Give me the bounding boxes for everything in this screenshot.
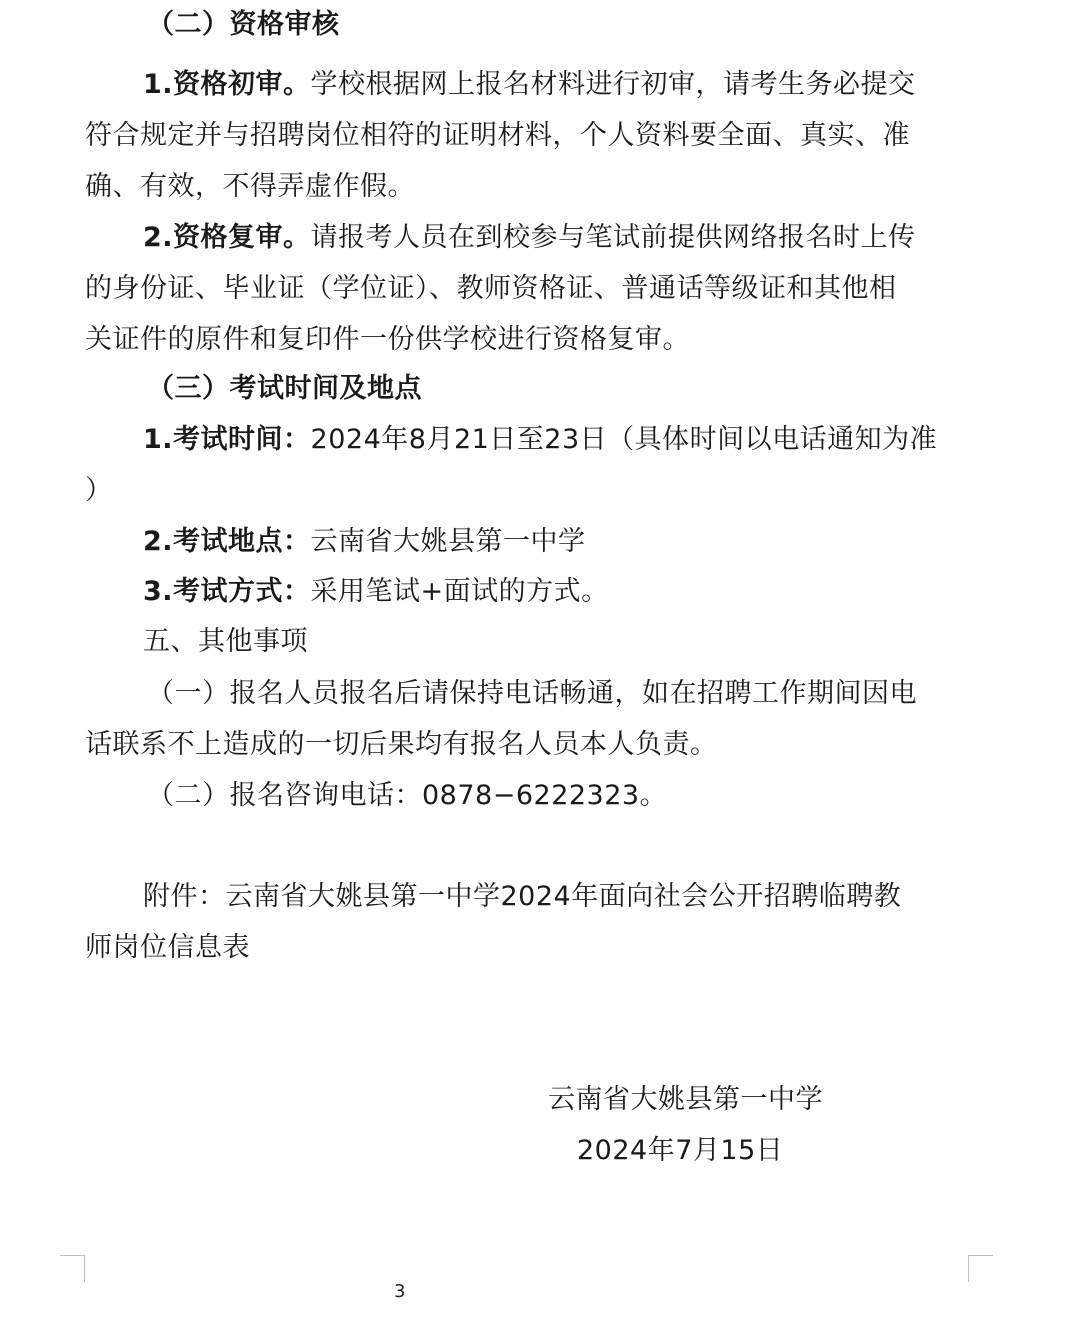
re-review-line-3: 关证件的原件和复印件一份供学校进行资格复审。 <box>85 323 690 357</box>
exam-location-value: 云南省大姚县第一中学 <box>311 526 586 557</box>
qualification-heading: （二）资格审核 <box>147 8 340 42</box>
exam-method-value: 采用笔试+面试的方式。 <box>311 576 609 607</box>
page-corner-mark-right <box>968 1255 993 1282</box>
exam-method-label: 3.考试方式： <box>143 576 311 607</box>
initial-review-line-2: 符合规定并与招聘岗位相符的证明材料，个人资料要全面、真实、准 <box>85 119 910 153</box>
paragraph-text: 请报考人员在到校参与笔试前提供网络报名时上传 <box>311 222 916 253</box>
signature-date: 2024年7月15日 <box>577 1134 783 1168</box>
initial-review-line-1: 1.资格初审。学校根据网上报名材料进行初审，请考生务必提交 <box>143 68 916 102</box>
exam-location-label: 2.考试地点： <box>143 526 311 557</box>
re-review-line-1: 2.资格复审。请报考人员在到校参与笔试前提供网络报名时上传 <box>143 221 916 255</box>
other-item1-line-2: 话联系不上造成的一切后果均有报名人员本人负责。 <box>85 728 718 762</box>
other-item1-line-1: （一）报名人员报名后请保持电话畅通，如在招聘工作期间因电 <box>147 677 917 711</box>
exam-method-line: 3.考试方式：采用笔试+面试的方式。 <box>143 575 609 609</box>
exam-time-value: 2024年8月21日至23日（具体时间以电话通知为准 <box>311 424 938 455</box>
exam-time-label: 1.考试时间： <box>143 424 311 455</box>
attachment-line-1: 附件：云南省大姚县第一中学2024年面向社会公开招聘临聘教 <box>143 880 901 914</box>
exam-heading: （三）考试时间及地点 <box>147 372 422 406</box>
exam-location-line: 2.考试地点：云南省大姚县第一中学 <box>143 525 586 559</box>
other-matters-heading: 五、其他事项 <box>143 625 308 659</box>
exam-time-line-1: 1.考试时间：2024年8月21日至23日（具体时间以电话通知为准 <box>143 423 937 457</box>
page-number: 3 <box>394 1281 405 1303</box>
initial-review-line-3: 确、有效，不得弄虚作假。 <box>85 170 415 204</box>
exam-time-line-2: ） <box>85 474 113 508</box>
page-corner-mark-left <box>60 1255 85 1282</box>
consult-phone-line: （二）报名咨询电话：0878−6222323。 <box>147 779 667 813</box>
re-review-line-2: 的身份证、毕业证（学位证）、教师资格证、普通话等级证和其他相 <box>85 272 897 306</box>
attachment-line-2: 师岗位信息表 <box>85 931 250 965</box>
re-review-label: 2.资格复审。 <box>143 222 311 253</box>
paragraph-text: 学校根据网上报名材料进行初审，请考生务必提交 <box>311 69 916 100</box>
initial-review-label: 1.资格初审。 <box>143 69 311 100</box>
signature-organization: 云南省大姚县第一中学 <box>548 1083 823 1117</box>
